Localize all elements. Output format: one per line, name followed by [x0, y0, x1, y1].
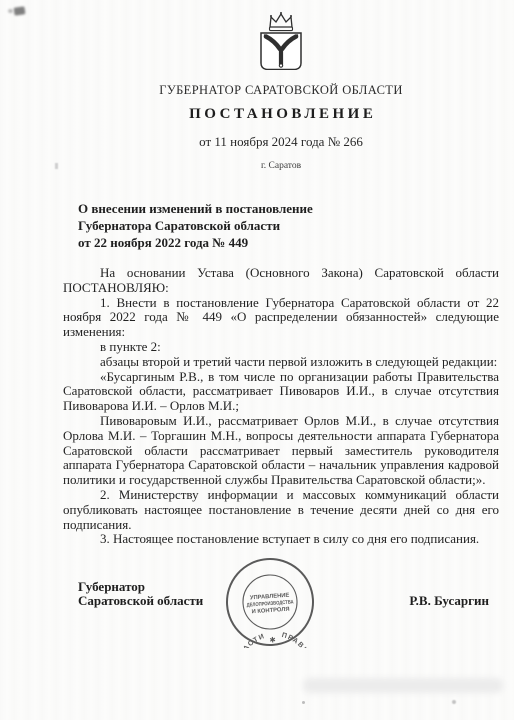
- paragraph: «Бусаргиным Р.В., в том числе по организ…: [63, 370, 499, 414]
- signer-post: Губернатор Саратовской области: [63, 580, 203, 608]
- scan-speck-artifact: [302, 701, 305, 704]
- title-line: от 22 ноября 2022 года № 449: [78, 234, 398, 251]
- title-line: Губернатора Саратовской области: [78, 217, 398, 234]
- coat-of-arms-icon: [260, 8, 302, 70]
- document-header: ГУБЕРНАТОР САРАТОВСКОЙ ОБЛАСТИ ПОСТАНОВЛ…: [63, 0, 499, 171]
- scan-smudge-artifact: [13, 6, 25, 15]
- paragraph: Пивоваровым И.И., рассматривает Орлов М.…: [63, 414, 499, 488]
- document-date-number: от 11 ноября 2024 года № 266: [63, 135, 499, 149]
- issuing-authority: ГУБЕРНАТОР САРАТОВСКОЙ ОБЛАСТИ: [63, 84, 499, 97]
- scan-smudge-artifact: [8, 9, 13, 13]
- paragraph: 2. Министерству информации и массовых ко…: [63, 488, 499, 532]
- paragraph: абзацы второй и третий части первой изло…: [63, 355, 499, 370]
- paragraph: в пункте 2:: [63, 340, 499, 355]
- stamp-star-icon: ✱: [269, 635, 276, 644]
- title-line: О внесении изменений в постановление: [78, 200, 398, 217]
- signer-post-line: Губернатор: [78, 580, 203, 594]
- document-type-heading: ПОСТАНОВЛЕНИЕ: [63, 106, 499, 122]
- scan-speck-artifact: [55, 163, 58, 169]
- bleedthrough-artifact: [303, 678, 503, 693]
- document-city: г. Саратов: [63, 161, 499, 171]
- scan-speck-artifact: [452, 700, 456, 704]
- document-title: О внесении изменений в постановление Губ…: [78, 200, 398, 251]
- paragraph: На основании Устава (Основного Закона) С…: [63, 266, 499, 281]
- stamp-center-text: И КОНТРОЛЯ: [251, 607, 289, 616]
- paragraph: 3. Настоящее постановление вступает в си…: [63, 532, 499, 547]
- signer-post-line: Саратовской области: [78, 594, 203, 608]
- paragraph: 1. Внести в постановление Губернатора Са…: [63, 296, 499, 340]
- signer-name: Р.В. Бусаргин: [409, 594, 499, 608]
- paragraph: ПОСТАНОВЛЯЮ:: [63, 281, 499, 296]
- official-stamp: ПРАВИТЕЛЬСТВО · САРАТОВСКОЙ ОБЛАСТИ УПРА…: [224, 556, 316, 648]
- scanned-decree-page: ГУБЕРНАТОР САРАТОВСКОЙ ОБЛАСТИ ПОСТАНОВЛ…: [0, 0, 514, 720]
- document-body: На основании Устава (Основного Закона) С…: [63, 266, 499, 547]
